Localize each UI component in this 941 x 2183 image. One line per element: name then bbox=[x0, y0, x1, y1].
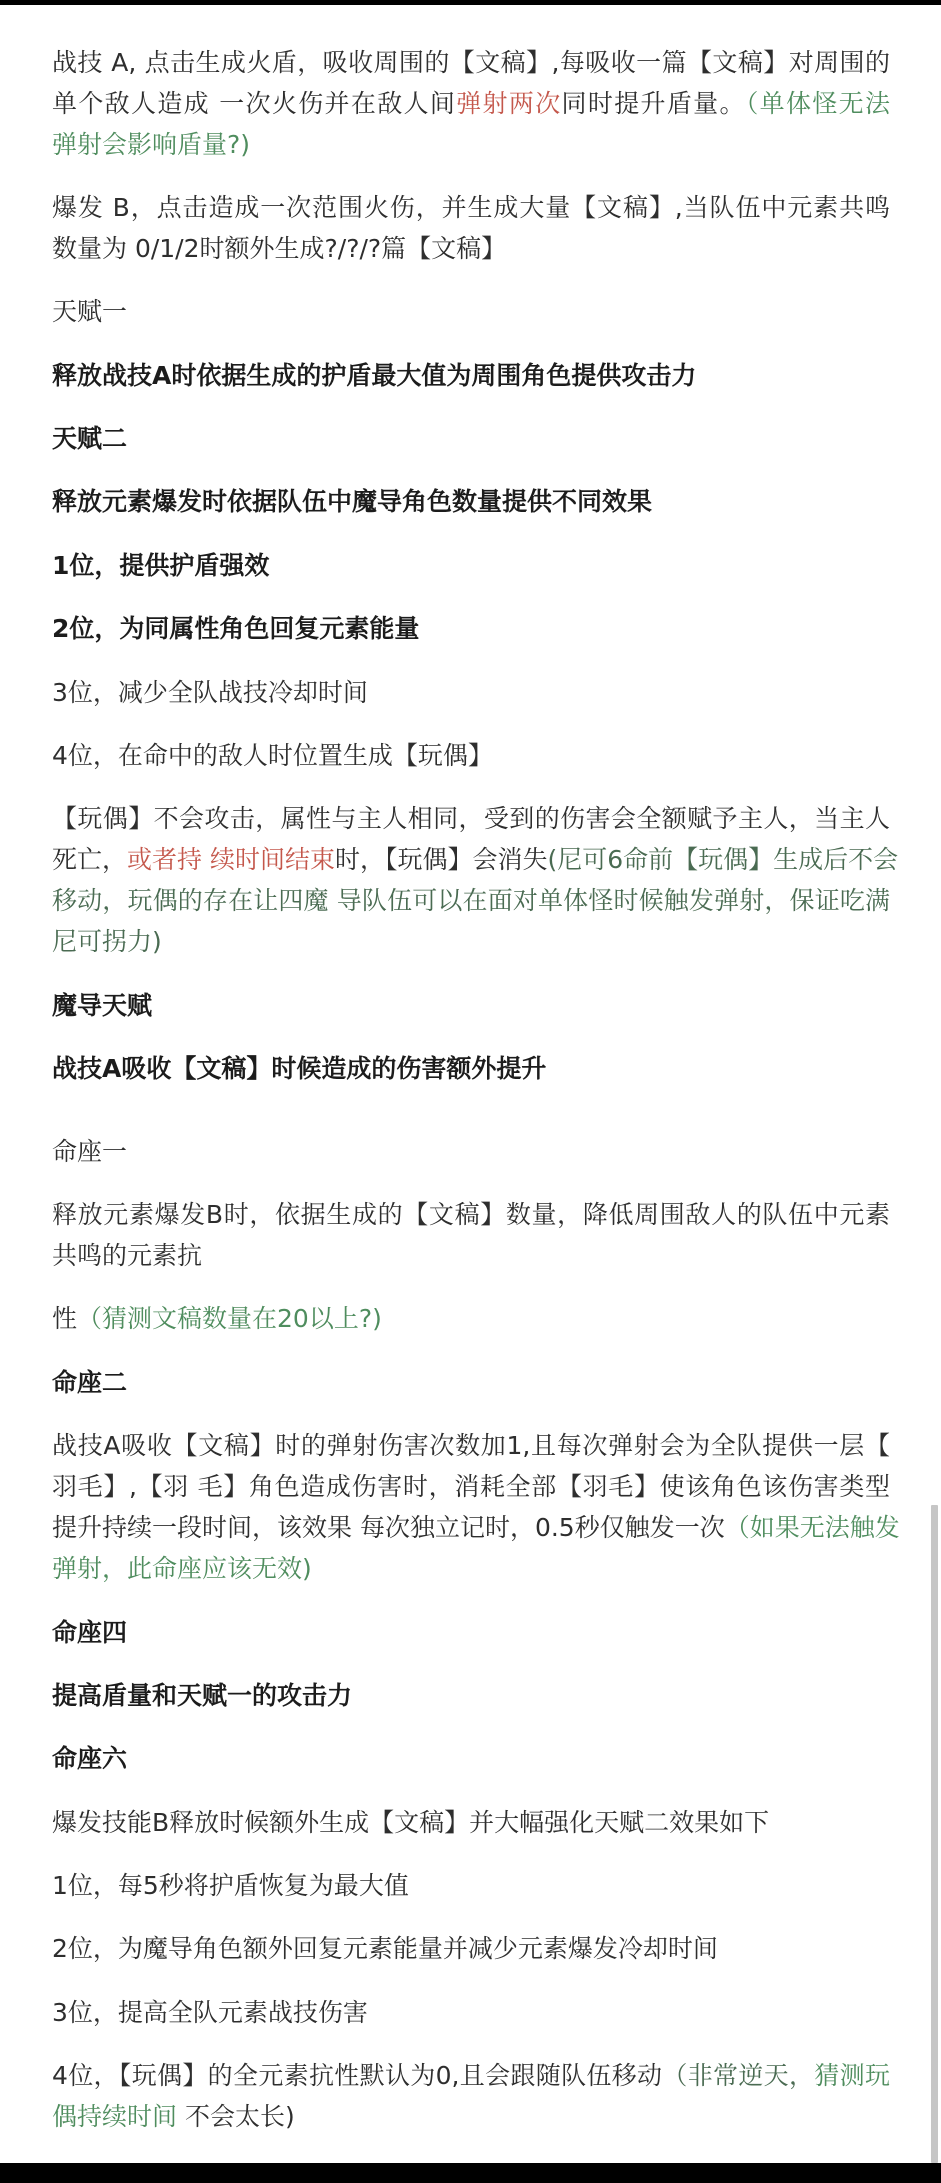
text-segment: 数量为 0/1/2时额外生成?/?/?篇【文稿】 bbox=[52, 234, 506, 263]
paragraph-constellation-4-desc: 提高盾量和天赋一的攻击力 bbox=[52, 1675, 890, 1716]
text-segment: 单个敌人造成 一次火伤并在敌人间 bbox=[52, 89, 456, 118]
list-item-talent-2-position-1: 1位，提供护盾强效 bbox=[52, 545, 890, 586]
text-segment: 爆发 B，点击造成一次范围火伤，并生成大量【文稿】,当队伍中元素共鸣 bbox=[52, 193, 890, 222]
text-segment: 提升持续一段时间，该效果 每次独立记时，0.5秒仅触发一次 bbox=[52, 1513, 725, 1542]
annotation-note: 尼可拐力) bbox=[52, 927, 162, 956]
annotation-note: (尼可6命前【玩偶】生成后不会 bbox=[547, 845, 898, 874]
text-segment: 3位，减少全队战技冷却时间 bbox=[52, 678, 368, 707]
text-line: 释放战技A时依据生成的护盾最大值为周围角色提供攻击力 bbox=[52, 355, 890, 396]
text-segment: 释放元素爆发B时，依据生成的【文稿】数量，降低周围敌人的队伍中元素 bbox=[52, 1200, 890, 1229]
highlight-text: 弹射两次 bbox=[456, 89, 561, 118]
text-line: 2位，为魔导角色额外回复元素能量并减少元素爆发冷却时间 bbox=[52, 1928, 890, 1969]
list-item-talent-2-position-2: 2位，为同属性角色回复元素能量 bbox=[52, 608, 890, 649]
text-line: 4位，在命中的敌人时位置生成【玩偶】 bbox=[52, 735, 890, 776]
annotation-note: 移动，玩偶的存在让四魔 导队伍可以在面对单体怪时候触发弹射，保证吃满 bbox=[52, 886, 890, 915]
annotation-note: 猜测玩 bbox=[814, 2061, 890, 2090]
list-item-c6-position-2: 2位，为魔导角色额外回复元素能量并减少元素爆发冷却时间 bbox=[52, 1928, 890, 1969]
text-line: 数量为 0/1/2时额外生成?/?/?篇【文稿】 bbox=[52, 228, 890, 269]
list-item-c6-position-4: 4位，【玩偶】的全元素抗性默认为0,且会跟随队伍移动（非常逆天，猜测玩 偶持续时… bbox=[52, 2055, 890, 2137]
text-line: 战技 A, 点击生成火盾，吸收周围的【文稿】,每吸收一篇【文稿】对周围的 bbox=[52, 42, 890, 83]
text-line: 3位，减少全队战技冷却时间 bbox=[52, 672, 890, 713]
paragraph-talent-1-desc: 释放战技A时依据生成的护盾最大值为周围角色提供攻击力 bbox=[52, 355, 890, 396]
bottom-black-bar bbox=[0, 2163, 941, 2183]
text-line: 性（猜测文稿数量在20以上?) bbox=[52, 1298, 890, 1339]
text-line: 爆发技能B释放时候额外生成【文稿】并大幅强化天赋二效果如下 bbox=[52, 1802, 890, 1843]
text-segment: 1位，提供护盾强效 bbox=[52, 551, 269, 580]
heading-magic-talent: 魔导天赋 bbox=[52, 985, 890, 1026]
heading-constellation-2: 命座二 bbox=[52, 1362, 890, 1403]
highlight-text: 或者持 续时间结束 bbox=[127, 845, 335, 874]
list-item-c6-position-3: 3位，提高全队元素战技伤害 bbox=[52, 1992, 890, 2033]
text-segment: 4位，在命中的敌人时位置生成【玩偶】 bbox=[52, 741, 493, 770]
text-line: 偶持续时间 不会太长) bbox=[52, 2096, 890, 2137]
section-heading: 命座四 bbox=[52, 1618, 127, 1647]
text-line: 羽毛】,【羽 毛】角色造成伤害时，消耗全部【羽毛】使该角色该伤害类型 bbox=[52, 1466, 890, 1507]
text-line: 魔导天赋 bbox=[52, 985, 890, 1026]
text-line: 命座六 bbox=[52, 1738, 890, 1779]
paragraph-magic-talent-desc: 战技A吸收【文稿】时候造成的伤害额外提升 bbox=[52, 1048, 890, 1089]
section-heading: 魔导天赋 bbox=[52, 991, 152, 1020]
list-item-talent-2-position-4: 4位，在命中的敌人时位置生成【玩偶】 bbox=[52, 735, 890, 776]
text-segment: 羽毛】,【羽 毛】角色造成伤害时，消耗全部【羽毛】使该角色该伤害类型 bbox=[52, 1472, 890, 1501]
text-line: 1位，每5秒将护盾恢复为最大值 bbox=[52, 1865, 890, 1906]
text-segment: 战技 A, 点击生成火盾，吸收周围的【文稿】,每吸收一篇【文稿】对周围的 bbox=[52, 48, 890, 77]
section-heading: 天赋二 bbox=[52, 424, 127, 453]
text-segment: 同时提升盾量。 bbox=[562, 89, 746, 118]
text-line: 死亡，或者持 续时间结束时，【玩偶】会消失(尼可6命前【玩偶】生成后不会 bbox=[52, 839, 890, 880]
section-heading: 命座六 bbox=[52, 1744, 127, 1773]
text-segment: 时，【玩偶】会消失 bbox=[335, 845, 548, 874]
text-line: 弹射会影响盾量?) bbox=[52, 124, 890, 165]
text-segment: 2位，为同属性角色回复元素能量 bbox=[52, 614, 419, 643]
text-line: 命座二 bbox=[52, 1362, 890, 1403]
text-line: 释放元素爆发B时，依据生成的【文稿】数量，降低周围敌人的队伍中元素 bbox=[52, 1194, 890, 1235]
paragraph-constellation-1-desc: 释放元素爆发B时，依据生成的【文稿】数量，降低周围敌人的队伍中元素 共鸣的元素抗 bbox=[52, 1194, 890, 1276]
annotation-note: 弹射会影响盾量?) bbox=[52, 130, 250, 159]
text-line: 共鸣的元素抗 bbox=[52, 1235, 890, 1276]
text-segment: 释放战技A时依据生成的护盾最大值为周围角色提供攻击力 bbox=[52, 361, 696, 390]
text-line: 3位，提高全队元素战技伤害 bbox=[52, 1992, 890, 2033]
heading-talent-2: 天赋二 bbox=[52, 418, 890, 459]
paragraph-constellation-1-note: 性（猜测文稿数量在20以上?) bbox=[52, 1298, 890, 1339]
text-line: 2位，为同属性角色回复元素能量 bbox=[52, 608, 890, 649]
text-line: 爆发 B，点击造成一次范围火伤，并生成大量【文稿】,当队伍中元素共鸣 bbox=[52, 187, 890, 228]
text-segment: 2位，为魔导角色额外回复元素能量并减少元素爆发冷却时间 bbox=[52, 1934, 718, 1963]
text-line: 提升持续一段时间，该效果 每次独立记时，0.5秒仅触发一次（如果无法触发 bbox=[52, 1507, 890, 1548]
text-segment: 释放元素爆发时依据队伍中魔导角色数量提供不同效果 bbox=[52, 487, 652, 516]
annotation-note: 偶持续时间 bbox=[52, 2102, 177, 2131]
heading-talent-1: 天赋一 bbox=[52, 291, 890, 332]
text-segment: 不会太长) bbox=[177, 2102, 295, 2131]
text-segment: 死亡， bbox=[52, 845, 127, 874]
text-line: 【玩偶】不会攻击，属性与主人相同，受到的伤害会全额赋予主人，当主人 bbox=[52, 798, 890, 839]
annotation-note: （如果无法触发 bbox=[725, 1513, 900, 1542]
paragraph-skill-a: 战技 A, 点击生成火盾，吸收周围的【文稿】,每吸收一篇【文稿】对周围的 单个敌… bbox=[52, 42, 890, 165]
text-segment: 性 bbox=[52, 1304, 77, 1333]
section-heading: 命座二 bbox=[52, 1368, 127, 1397]
text-line: 天赋一 bbox=[52, 291, 890, 332]
text-line: 战技A吸收【文稿】时候造成的伤害额外提升 bbox=[52, 1048, 890, 1089]
text-line: 提高盾量和天赋一的攻击力 bbox=[52, 1675, 890, 1716]
text-segment: 1位，每5秒将护盾恢复为最大值 bbox=[52, 1871, 409, 1900]
list-item-c6-position-1: 1位，每5秒将护盾恢复为最大值 bbox=[52, 1865, 890, 1906]
paragraph-talent-2-desc: 释放元素爆发时依据队伍中魔导角色数量提供不同效果 bbox=[52, 481, 890, 522]
list-item-talent-2-position-3: 3位，减少全队战技冷却时间 bbox=[52, 672, 890, 713]
text-line: 命座一 bbox=[52, 1131, 890, 1172]
heading-constellation-1: 命座一 bbox=[52, 1112, 890, 1172]
text-segment: 提高盾量和天赋一的攻击力 bbox=[52, 1681, 352, 1710]
heading-constellation-4: 命座四 bbox=[52, 1612, 890, 1653]
text-line: 单个敌人造成 一次火伤并在敌人间弹射两次同时提升盾量。（单体怪无法 bbox=[52, 83, 890, 124]
top-black-bar bbox=[0, 0, 941, 5]
paragraph-constellation-6-desc: 爆发技能B释放时候额外生成【文稿】并大幅强化天赋二效果如下 bbox=[52, 1802, 890, 1843]
text-line: 释放元素爆发时依据队伍中魔导角色数量提供不同效果 bbox=[52, 481, 890, 522]
annotation-note: （猜测文稿数量在20以上?) bbox=[77, 1304, 382, 1333]
annotation-note: （非常逆天， bbox=[662, 2061, 814, 2090]
text-line: 移动，玩偶的存在让四魔 导队伍可以在面对单体怪时候触发弹射，保证吃满 bbox=[52, 880, 890, 921]
text-segment: 战技A吸收【文稿】时的弹射伤害次数加1,且每次弹射会为全队提供一层【 bbox=[52, 1431, 890, 1460]
text-segment: 爆发技能B释放时候额外生成【文稿】并大幅强化天赋二效果如下 bbox=[52, 1808, 769, 1837]
text-segment: 共鸣的元素抗 bbox=[52, 1241, 202, 1270]
document-body: 战技 A, 点击生成火盾，吸收周围的【文稿】,每吸收一篇【文稿】对周围的 单个敌… bbox=[52, 42, 890, 2160]
annotation-note: （单体怪无法 bbox=[746, 89, 890, 118]
heading-constellation-6: 命座六 bbox=[52, 1738, 890, 1779]
section-heading: 命座一 bbox=[52, 1137, 127, 1166]
section-heading: 天赋一 bbox=[52, 297, 127, 326]
text-segment: 战技A吸收【文稿】时候造成的伤害额外提升 bbox=[52, 1054, 546, 1083]
text-line: 天赋二 bbox=[52, 418, 890, 459]
paragraph-constellation-2-desc: 战技A吸收【文稿】时的弹射伤害次数加1,且每次弹射会为全队提供一层【 羽毛】,【… bbox=[52, 1425, 890, 1589]
paragraph-doll-description: 【玩偶】不会攻击，属性与主人相同，受到的伤害会全额赋予主人，当主人 死亡，或者持… bbox=[52, 798, 890, 962]
text-segment: 4位，【玩偶】的全元素抗性默认为0,且会跟随队伍移动 bbox=[52, 2061, 662, 2090]
text-line: 命座四 bbox=[52, 1612, 890, 1653]
text-line: 1位，提供护盾强效 bbox=[52, 545, 890, 586]
text-line: 4位，【玩偶】的全元素抗性默认为0,且会跟随队伍移动（非常逆天，猜测玩 bbox=[52, 2055, 890, 2096]
text-line: 尼可拐力) bbox=[52, 921, 890, 962]
text-segment: 3位，提高全队元素战技伤害 bbox=[52, 1998, 368, 2027]
text-line: 战技A吸收【文稿】时的弹射伤害次数加1,且每次弹射会为全队提供一层【 bbox=[52, 1425, 890, 1466]
paragraph-burst-b: 爆发 B，点击造成一次范围火伤，并生成大量【文稿】,当队伍中元素共鸣 数量为 0… bbox=[52, 187, 890, 269]
scrollbar-thumb[interactable] bbox=[931, 1505, 938, 2163]
text-segment: 【玩偶】不会攻击，属性与主人相同，受到的伤害会全额赋予主人，当主人 bbox=[52, 804, 890, 833]
text-line: 弹射，此命座应该无效) bbox=[52, 1548, 890, 1589]
annotation-note: 弹射，此命座应该无效) bbox=[52, 1554, 312, 1583]
